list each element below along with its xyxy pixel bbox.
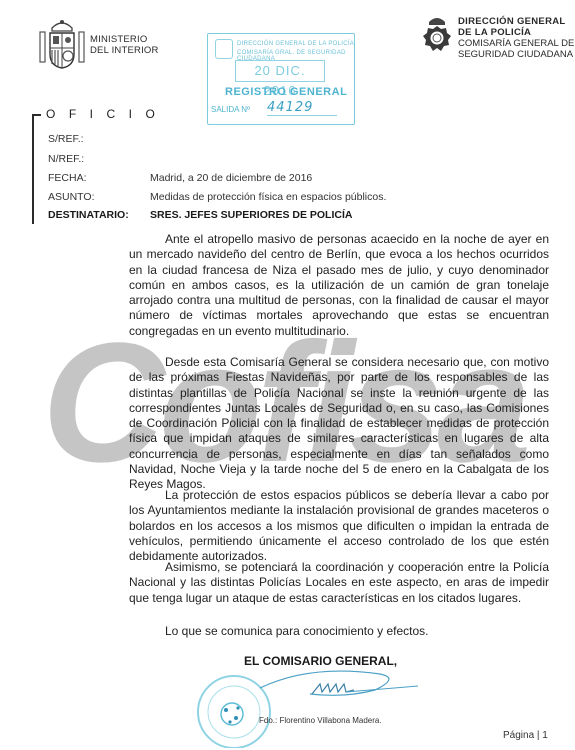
police-line-3: COMISARÍA GENERAL DE bbox=[458, 38, 574, 49]
signatory-title: EL COMISARIO GENERAL, bbox=[244, 654, 397, 668]
stamp-crest-icon bbox=[215, 39, 233, 59]
stamp-line-1: DIRECCIÓN GENERAL DE LA POLICÍA bbox=[237, 41, 354, 47]
ministry-line-1: MINISTERIO bbox=[90, 34, 159, 45]
nref-label: N/REF.: bbox=[48, 153, 84, 165]
police-badge-icon bbox=[420, 14, 454, 58]
handwritten-signature bbox=[250, 668, 420, 702]
paragraph-text: Desde esta Comisaría General se consider… bbox=[129, 355, 549, 491]
stamp-exit-label: SALIDA Nº bbox=[211, 105, 250, 114]
page-number: Página | 1 bbox=[503, 730, 548, 741]
recipient-value: SRES. JEFES SUPERIORES DE POLICÍA bbox=[150, 209, 352, 221]
bracket-tick bbox=[32, 114, 41, 116]
date-label: FECHA: bbox=[48, 172, 87, 184]
document-type-title: OFICIO bbox=[46, 107, 168, 121]
stamp-register: REGISTRO GENERAL bbox=[225, 86, 347, 98]
body-paragraph-1: Ante el atropello masivo de personas aca… bbox=[129, 232, 549, 339]
paragraph-text: Asimismo, se potenciará la coordinación … bbox=[129, 560, 549, 605]
closing-text: Lo que se comunica para conocimiento y e… bbox=[165, 624, 428, 638]
body-paragraph-3: La protección de estos espacios públicos… bbox=[129, 488, 549, 564]
ministry-name: MINISTERIO DEL INTERIOR bbox=[90, 34, 159, 56]
recipient-label: DESTINATARIO: bbox=[48, 209, 129, 221]
paragraph-text: Ante el atropello masivo de personas aca… bbox=[129, 232, 549, 338]
police-directorate-name: DIRECCIÓN GENERAL DE LA POLICÍA COMISARÍ… bbox=[458, 16, 574, 60]
police-line-4: SEGURIDAD CIUDADANA bbox=[458, 49, 574, 60]
body-paragraph-4: Asimismo, se potenciará la coordinación … bbox=[129, 560, 549, 606]
sref-label: S/REF.: bbox=[48, 133, 84, 145]
police-line-2: DE LA POLICÍA bbox=[458, 27, 574, 38]
closing-line: Lo que se comunica para conocimiento y e… bbox=[129, 624, 549, 639]
stamp-date: 20 DIC. 2016 bbox=[235, 60, 325, 82]
bracket-line bbox=[32, 114, 34, 224]
registry-stamp: DIRECCIÓN GENERAL DE LA POLICÍA COMISARÍ… bbox=[207, 33, 355, 125]
body-paragraph-2: Desde esta Comisaría General se consider… bbox=[129, 355, 549, 493]
ministry-line-2: DEL INTERIOR bbox=[90, 45, 159, 56]
stamp-exit-number: 44129 bbox=[267, 100, 337, 116]
signatory-name: Fdo.: Florentino Villabona Madera. bbox=[259, 716, 382, 725]
spanish-coat-of-arms-icon bbox=[38, 18, 86, 70]
subject-label: ASUNTO: bbox=[48, 191, 94, 203]
police-line-1: DIRECCIÓN GENERAL bbox=[458, 16, 574, 27]
date-value: Madrid, a 20 de diciembre de 2016 bbox=[150, 172, 312, 184]
subject-value: Medidas de protección física en espacios… bbox=[150, 191, 386, 203]
paragraph-text: La protección de estos espacios públicos… bbox=[129, 488, 549, 563]
